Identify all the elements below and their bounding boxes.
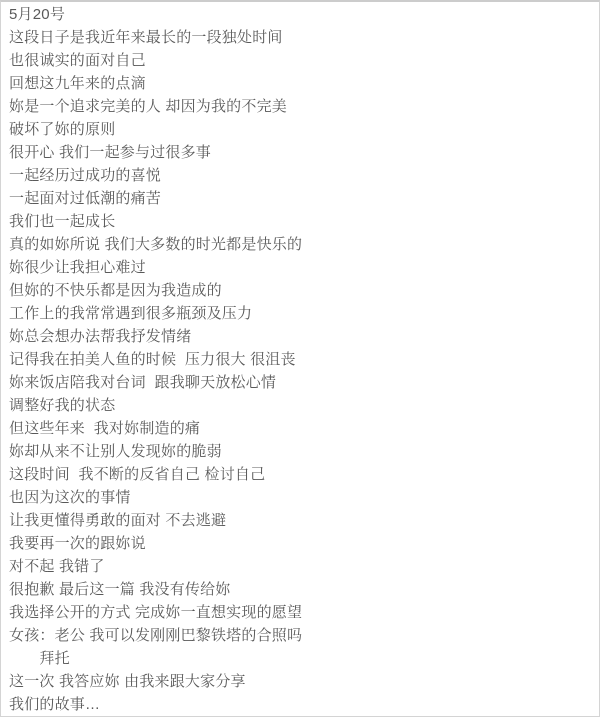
letter-text-block: 5月20号 这段日子是我近年来最长的一段独处时间 也很诚实的面对自己 回想这九年… bbox=[1, 2, 599, 716]
text-line: 但这些年来 我对妳制造的痛 bbox=[9, 417, 591, 440]
date-line: 5月20号 bbox=[9, 3, 591, 26]
text-line: 这段时间 我不断的反省自己 检讨自己 bbox=[9, 463, 591, 486]
text-line: 真的如妳所说 我们大多数的时光都是快乐的 bbox=[9, 233, 591, 256]
text-line: 女孩：老公 我可以发刚刚巴黎铁塔的合照吗 bbox=[9, 624, 591, 647]
text-line: 也很诚实的面对自己 bbox=[9, 49, 591, 72]
text-line: 很开心 我们一起参与过很多事 bbox=[9, 141, 591, 164]
text-line: 我们也一起成长 bbox=[9, 210, 591, 233]
text-line: 妳总会想办法帮我抒发情绪 bbox=[9, 325, 591, 348]
text-line: 很抱歉 最后这一篇 我没有传给妳 bbox=[9, 578, 591, 601]
text-line: 对不起 我错了 bbox=[9, 555, 591, 578]
text-line: 妳很少让我担心难过 bbox=[9, 256, 591, 279]
text-line: 调整好我的状态 bbox=[9, 394, 591, 417]
text-line: 妳却从来不让别人发现妳的脆弱 bbox=[9, 440, 591, 463]
text-line: 回想这九年来的点滴 bbox=[9, 72, 591, 95]
text-line: 也因为这次的事情 bbox=[9, 486, 591, 509]
text-line: 一起面对过低潮的痛苦 bbox=[9, 187, 591, 210]
letter-page: 5月20号 这段日子是我近年来最长的一段独处时间 也很诚实的面对自己 回想这九年… bbox=[0, 0, 600, 717]
text-line-indented: 拜托 bbox=[9, 647, 591, 670]
text-line: 工作上的我常常遇到很多瓶颈及压力 bbox=[9, 302, 591, 325]
text-line: 我选择公开的方式 完成妳一直想实现的愿望 bbox=[9, 601, 591, 624]
text-line: 一起经历过成功的喜悦 bbox=[9, 164, 591, 187]
text-line: 破坏了妳的原则 bbox=[9, 118, 591, 141]
text-line: 这一次 我答应妳 由我来跟大家分享 bbox=[9, 670, 591, 693]
text-line: 这段日子是我近年来最长的一段独处时间 bbox=[9, 26, 591, 49]
text-line: 妳是一个追求完美的人 却因为我的不完美 bbox=[9, 95, 591, 118]
text-line: 我们的故事… bbox=[9, 693, 591, 716]
text-line: 让我更懂得勇敢的面对 不去逃避 bbox=[9, 509, 591, 532]
text-line: 但妳的不快乐都是因为我造成的 bbox=[9, 279, 591, 302]
text-line: 妳来饭店陪我对台词 跟我聊天放松心情 bbox=[9, 371, 591, 394]
text-line: 我要再一次的跟妳说 bbox=[9, 532, 591, 555]
text-line: 记得我在拍美人鱼的时候 压力很大 很沮丧 bbox=[9, 348, 591, 371]
